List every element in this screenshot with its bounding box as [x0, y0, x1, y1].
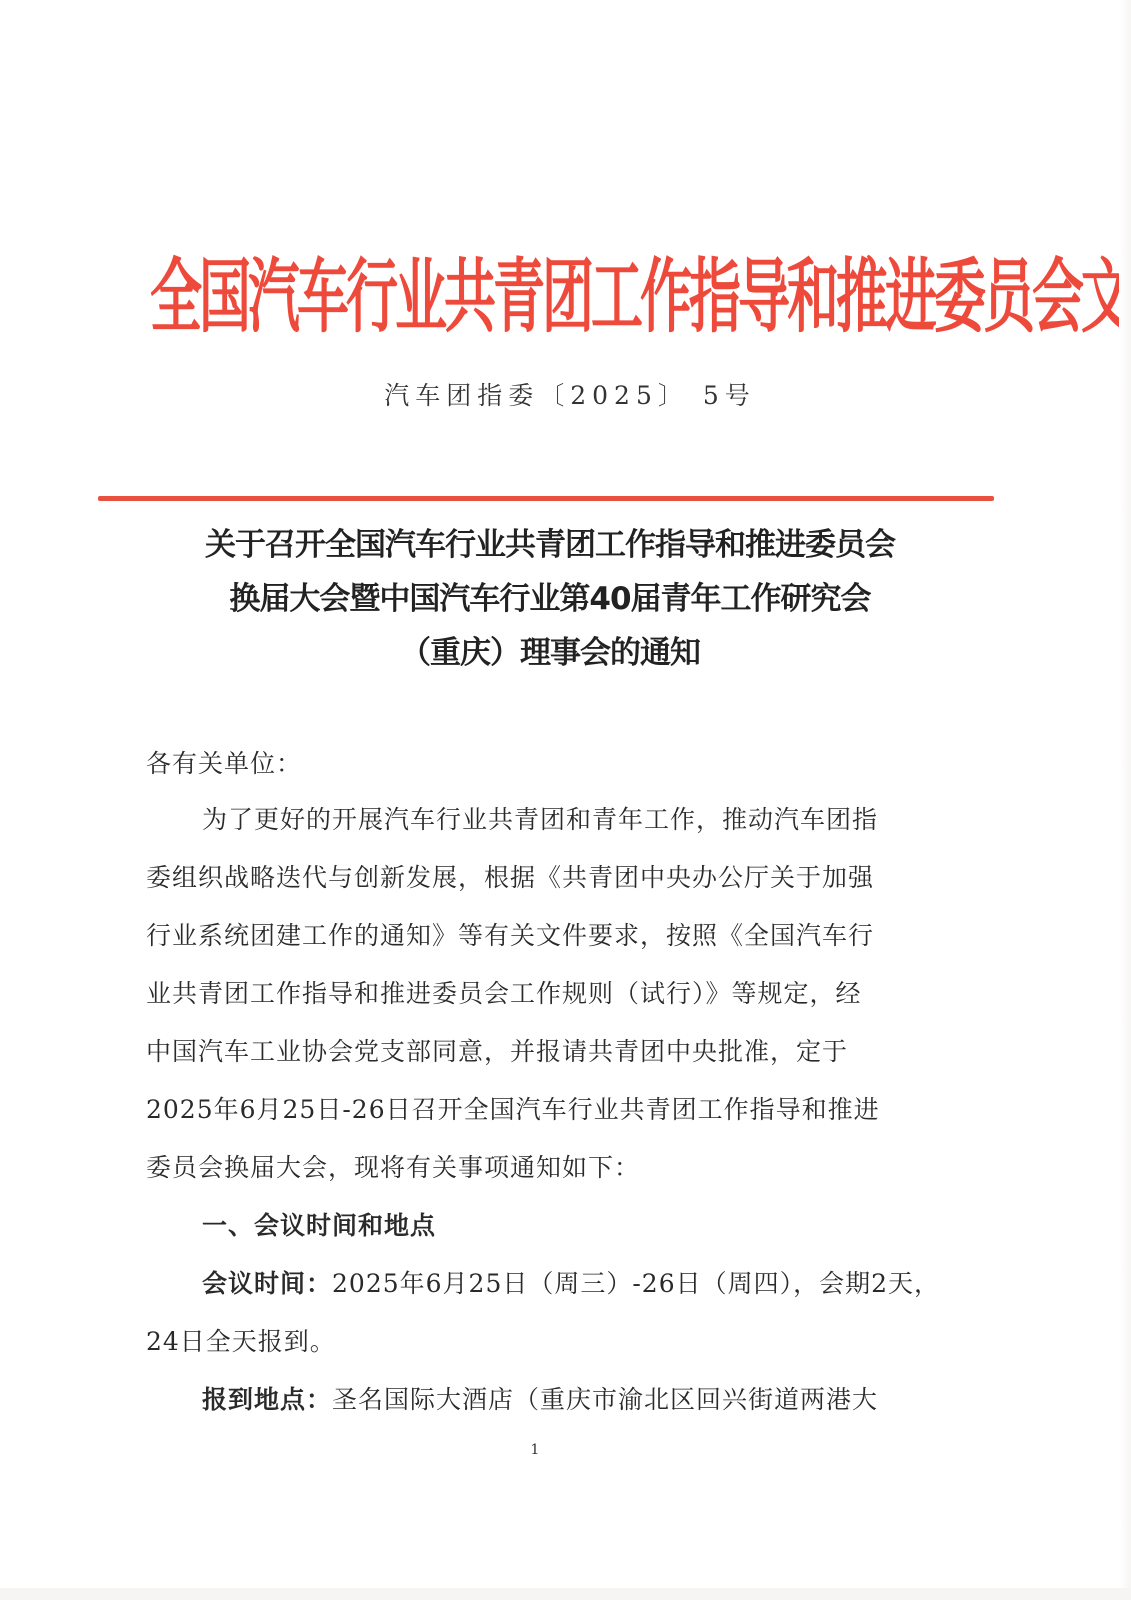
meeting-time-row: 会议时间：2025年6月25日（周三）-26日（周四），会期2天，: [202, 1264, 940, 1300]
checkin-location-row: 报到地点：圣名国际大酒店（重庆市渝北区回兴街道两港大: [202, 1380, 878, 1416]
body-line-4: 业共青团工作指导和推进委员会工作规则（试行）》等规定，经: [146, 974, 862, 1010]
meeting-time-value: 2025年6月25日（周三）-26日（周四），会期2天，: [332, 1269, 940, 1298]
body-line-5: 中国汽车工业协会党支部同意，并报请共青团中央批准，定于: [146, 1032, 848, 1068]
body-line-3: 行业系统团建工作的通知》等有关文件要求，按照《全国汽车行: [146, 916, 874, 952]
document-page: 全国汽车行业共青团工作指导和推进委员会文件 汽车团指委〔2025〕 5号 关于召…: [0, 0, 1131, 1600]
section-heading-meeting-time-place: 一、会议时间和地点: [202, 1206, 436, 1242]
checkin-location-value: 圣名国际大酒店（重庆市渝北区回兴街道两港大: [332, 1385, 878, 1414]
body-line-2: 委组织战略迭代与创新发展，根据《共青团中央办公厅关于加强: [146, 858, 874, 894]
body-line-6: 2025年6月25日-26日召开全国汽车行业共青团工作指导和推进: [146, 1090, 880, 1126]
body-line-1: 为了更好的开展汽车行业共青团和青年工作，推动汽车团指: [202, 800, 878, 836]
scan-edge-bottom: [0, 1588, 1131, 1600]
salutation: 各有关单位：: [146, 744, 302, 780]
meeting-time-label: 会议时间：: [202, 1269, 332, 1298]
body-line-7: 委员会换届大会，现将有关事项通知如下：: [146, 1148, 640, 1184]
page-number: 1: [525, 1442, 545, 1458]
notice-body: 各有关单位： 为了更好的开展汽车行业共青团和青年工作，推动汽车团指 委组织战略迭…: [146, 0, 926, 1600]
meeting-time-continued: 24日全天报到。: [146, 1322, 336, 1358]
checkin-location-label: 报到地点：: [202, 1385, 332, 1414]
scan-edge-right: [1119, 0, 1131, 1600]
